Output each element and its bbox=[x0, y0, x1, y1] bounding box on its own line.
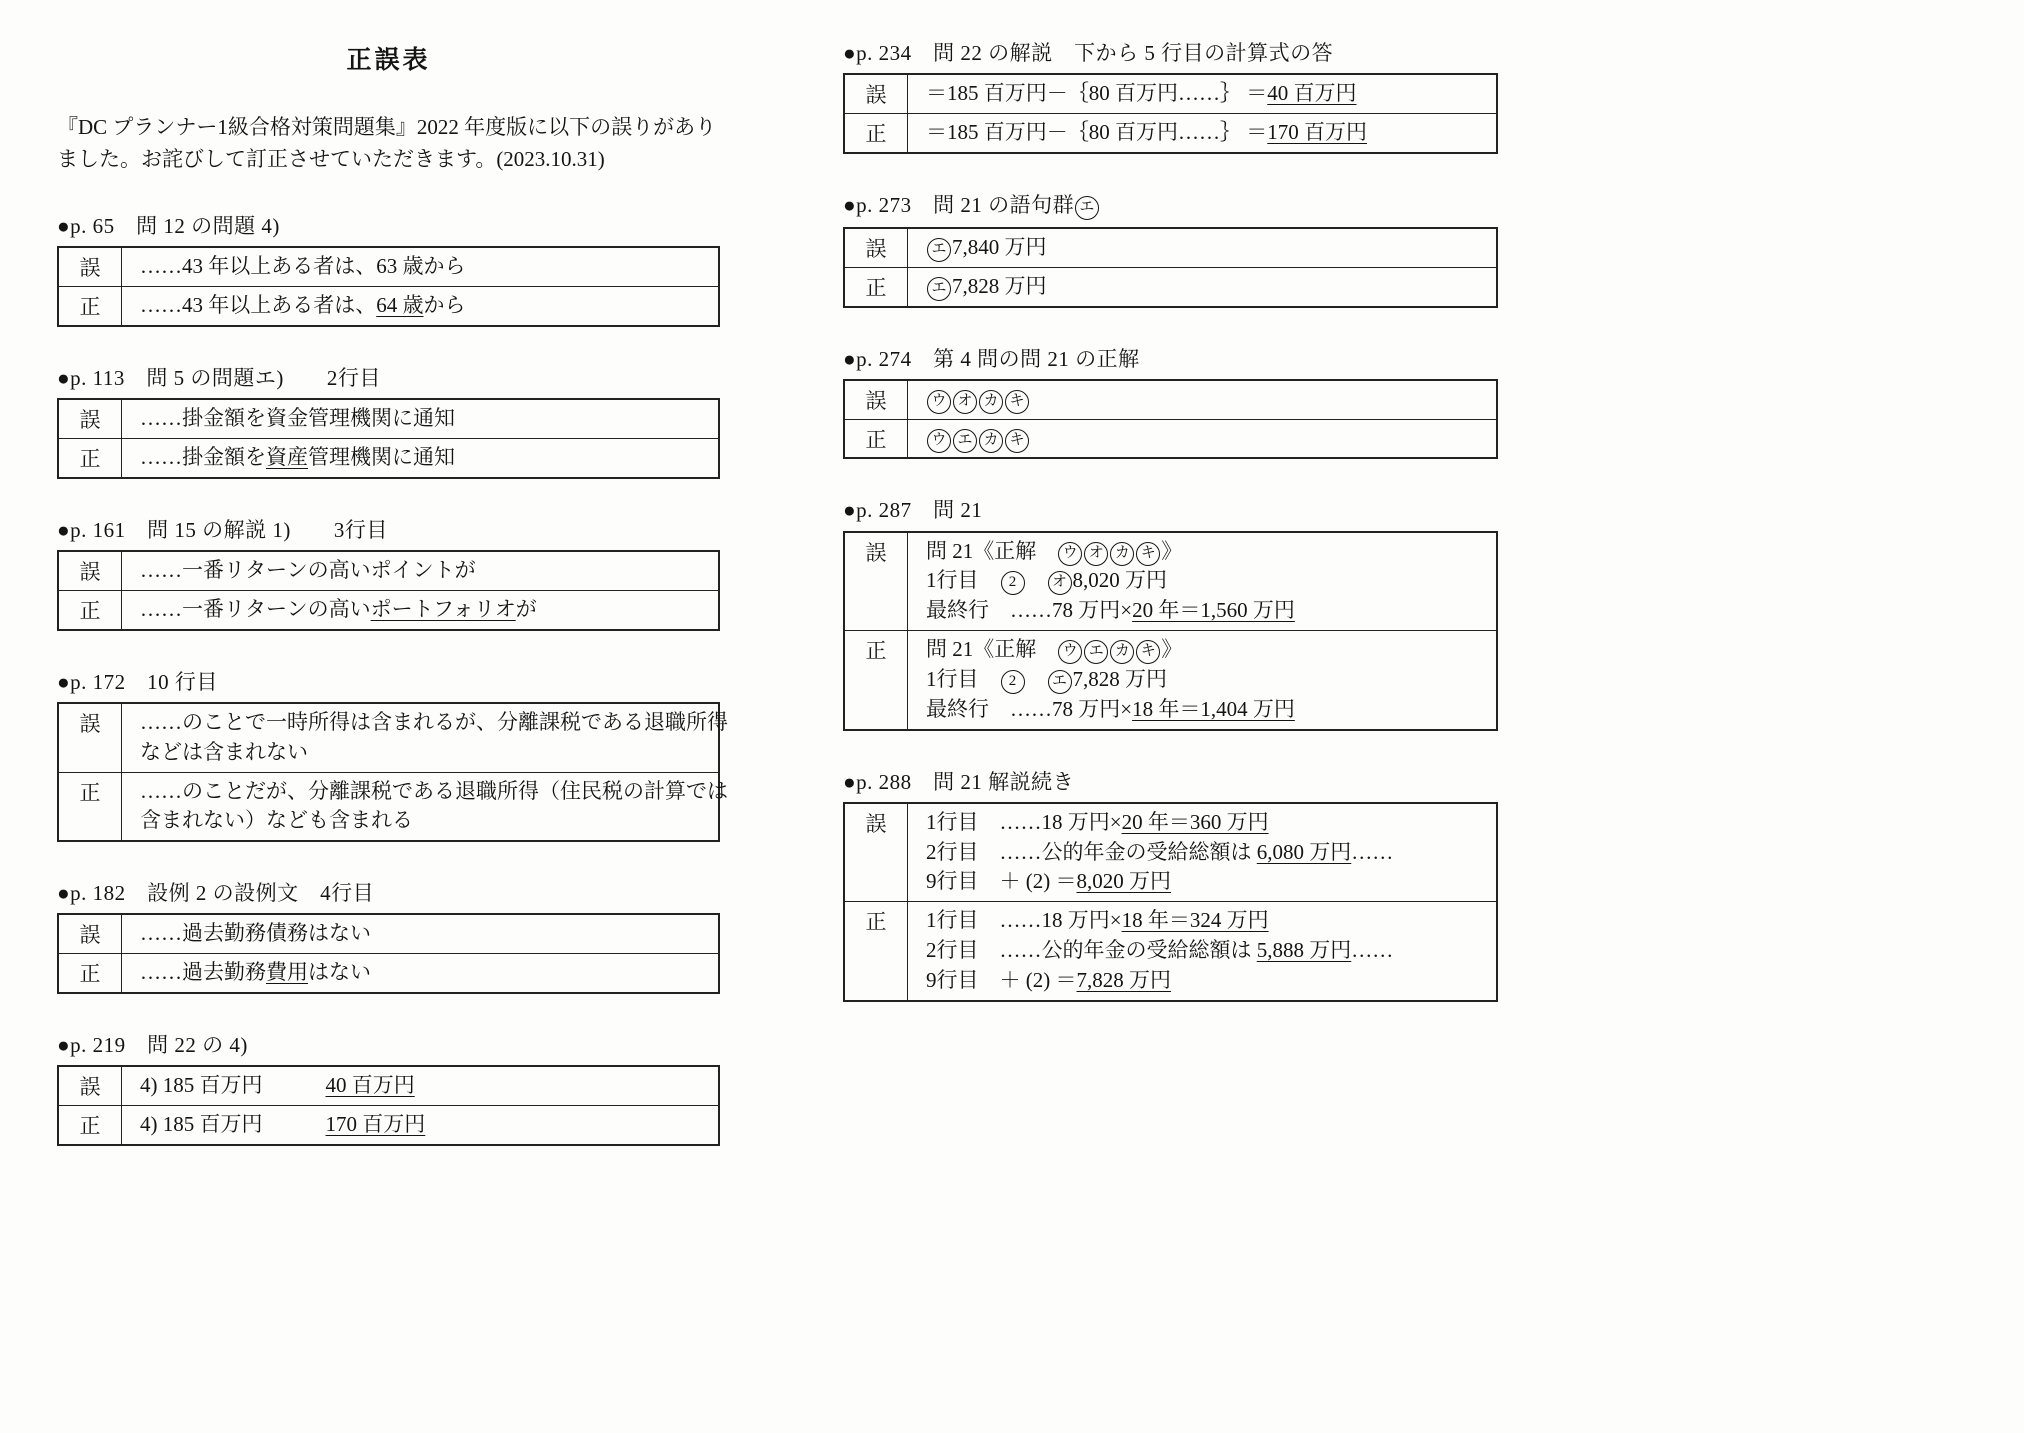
text-segment: 9行目 ＋ (2) ＝ bbox=[926, 869, 1077, 893]
underlined-text: 40 百万円 bbox=[326, 1073, 415, 1097]
underlined-text: オ bbox=[952, 387, 978, 411]
section-heading: ●p. 161 問 15 の解説 1) 3行目 bbox=[57, 517, 720, 543]
row-label: 誤 bbox=[58, 703, 122, 772]
content-line: ……過去勤務債務はない bbox=[140, 919, 704, 949]
underlined-text: エ bbox=[1083, 637, 1109, 661]
text-segment: 最終行 ……78 万円× bbox=[926, 697, 1132, 721]
row-content: エ7,828 万円 bbox=[908, 267, 1498, 306]
row-content: エ7,840 万円 bbox=[908, 228, 1498, 267]
row-label: 正 bbox=[58, 772, 122, 841]
errata-section: ●p. 288 問 21 解説続き 誤1行目 ……18 万円×20 年＝360 … bbox=[843, 769, 1498, 1002]
errata-table: 誤＝185 百万円－｛80 百万円……｝ ＝40 百万円正＝185 百万円－｛8… bbox=[843, 73, 1498, 154]
content-line: 1行目 ……18 万円×20 年＝360 万円 bbox=[926, 808, 1482, 838]
text-segment: 費用 bbox=[266, 960, 308, 984]
circled-char: キ bbox=[1005, 429, 1029, 453]
errata-section: ●p. 234 問 22 の解説 下から 5 行目の計算式の答 誤＝185 百万… bbox=[843, 40, 1498, 154]
content-line: 4) 185 百万円 170 百万円 bbox=[140, 1110, 704, 1140]
text-segment: ……掛金額を bbox=[140, 445, 266, 469]
text-segment: などは含まれない bbox=[140, 740, 308, 764]
row-content: ……43 年以上ある者は、63 歳から bbox=[122, 247, 720, 286]
row-label: 誤 bbox=[844, 228, 908, 267]
content-line: 最終行 ……78 万円×18 年＝1,404 万円 bbox=[926, 695, 1482, 725]
underlined-text: 資産 bbox=[266, 445, 308, 469]
text-segment: 管理機関に通知 bbox=[308, 445, 455, 469]
table-row: 誤……過去勤務債務はない bbox=[58, 914, 719, 953]
underlined-text: 64 歳 bbox=[376, 293, 423, 317]
circled-char: エ bbox=[1048, 670, 1072, 694]
content-line: ……43 年以上ある者は、63 歳から bbox=[140, 252, 704, 282]
underlined-text: 170 百万円 bbox=[326, 1112, 426, 1136]
table-row: 誤……43 年以上ある者は、63 歳から bbox=[58, 247, 719, 286]
content-line: 問 21《正解 ウエカキ》 bbox=[926, 635, 1482, 665]
text-segment: 最終行 ……78 万円× bbox=[926, 598, 1132, 622]
errata-table: 誤……一番リターンの高いポイントが正……一番リターンの高いポートフォリオが bbox=[57, 550, 720, 631]
row-label: 正 bbox=[844, 902, 908, 1001]
circled-char: ウ bbox=[927, 429, 951, 453]
text-segment: ……のことで一時所得は含まれるが、分離課税である退職所得 bbox=[140, 710, 728, 734]
table-row: 正問 21《正解 ウエカキ》1行目 2 エ7,828 万円最終行 ……78 万円… bbox=[844, 631, 1497, 730]
section-heading: ●p. 172 10 行目 bbox=[57, 669, 720, 695]
intro-line-2: ました。お詫びして訂正させていただきます。(2023.10.31) bbox=[57, 147, 605, 171]
text-segment: 問 21《正解 bbox=[926, 637, 1057, 661]
text-segment: 64 歳 bbox=[376, 293, 423, 317]
text-segment: が bbox=[516, 597, 537, 621]
text-segment: 4) 185 百万円 bbox=[140, 1112, 326, 1136]
text-segment: 8,020 万円 bbox=[1077, 869, 1172, 893]
text-segment: ……過去勤務 bbox=[140, 960, 266, 984]
errata-table: 誤問 21《正解 ウオカキ》1行目 2 オ8,020 万円最終行 ……78 万円… bbox=[843, 531, 1498, 731]
underlined-text: ポートフォリオ bbox=[371, 597, 516, 621]
circled-char: エ bbox=[927, 238, 951, 262]
left-column: 正誤表 『DC プランナー1級合格対策問題集』2022 年度版に以下の誤りがあり… bbox=[57, 40, 720, 1146]
text-segment: から bbox=[424, 293, 466, 317]
text-segment: 18 年＝1,404 万円 bbox=[1132, 697, 1295, 721]
row-content: 1行目 ……18 万円×20 年＝360 万円2行目 ……公的年金の受給総額は … bbox=[908, 803, 1498, 902]
text-segment: 7,840 万円 bbox=[952, 235, 1047, 259]
circled-char: キ bbox=[1136, 640, 1160, 664]
text-segment: ●p. 287 問 21 bbox=[843, 498, 982, 522]
table-row: 正＝185 百万円－｛80 百万円……｝ ＝170 百万円 bbox=[844, 114, 1497, 153]
content-line: エ7,840 万円 bbox=[926, 233, 1482, 263]
left-sections: ●p. 65 問 12 の問題 4) 誤……43 年以上ある者は、63 歳から正… bbox=[57, 213, 720, 1146]
underlined-text: 費用 bbox=[266, 960, 308, 984]
text-segment: 20 年＝1,560 万円 bbox=[1132, 598, 1295, 622]
errata-table: 誤……過去勤務債務はない正……過去勤務費用はない bbox=[57, 913, 720, 994]
text-segment: 》 bbox=[1161, 539, 1182, 563]
text-segment: ＝185 百万円－｛80 百万円……｝ ＝ bbox=[926, 120, 1267, 144]
errata-table: 誤……掛金額を資金管理機関に通知正……掛金額を資産管理機関に通知 bbox=[57, 398, 720, 479]
row-label: 正 bbox=[844, 267, 908, 306]
text-segment: 18 年＝324 万円 bbox=[1122, 908, 1269, 932]
row-label: 正 bbox=[844, 114, 908, 153]
text-segment: 9行目 ＋ (2) ＝ bbox=[926, 968, 1077, 992]
content-line: 2行目 ……公的年金の受給総額は 5,888 万円…… bbox=[926, 936, 1482, 966]
text-segment: 7,828 万円 bbox=[1077, 968, 1172, 992]
text-segment bbox=[1026, 667, 1047, 691]
circled-char: 2 bbox=[1001, 571, 1025, 595]
text-segment: 》 bbox=[1161, 637, 1182, 661]
errata-table: 誤……のことで一時所得は含まれるが、分離課税である退職所得などは含まれない正……… bbox=[57, 702, 720, 842]
errata-section: ●p. 273 問 21 の語句群エ 誤エ7,840 万円正エ7,828 万円 bbox=[843, 192, 1498, 308]
circled-char: カ bbox=[1110, 640, 1134, 664]
circled-char: ウ bbox=[1058, 640, 1082, 664]
content-line: 最終行 ……78 万円×20 年＝1,560 万円 bbox=[926, 596, 1482, 626]
errata-section: ●p. 287 問 21 誤問 21《正解 ウオカキ》1行目 2 オ8,020 … bbox=[843, 497, 1498, 730]
content-line: 4) 185 百万円 40 百万円 bbox=[140, 1071, 704, 1101]
row-content: ウエカキ bbox=[908, 419, 1498, 458]
section-heading: ●p. 65 問 12 の問題 4) bbox=[57, 213, 720, 239]
text-segment: ●p. 273 問 21 の語句群 bbox=[843, 193, 1074, 217]
content-line: ウエカキ bbox=[926, 424, 1482, 454]
text-segment: 40 百万円 bbox=[1267, 81, 1356, 105]
errata-section: ●p. 219 問 22 の 4) 誤4) 185 百万円 40 百万円正4) … bbox=[57, 1032, 720, 1146]
text-segment: ……過去勤務債務はない bbox=[140, 921, 371, 945]
underlined-text: 20 年＝1,560 万円 bbox=[1132, 598, 1295, 622]
text-segment bbox=[1026, 568, 1047, 592]
underlined-text: オ bbox=[1083, 539, 1109, 563]
content-line: ウオカキ bbox=[926, 385, 1482, 415]
section-heading: ●p. 234 問 22 の解説 下から 5 行目の計算式の答 bbox=[843, 40, 1498, 66]
text-segment: 8,020 万円 bbox=[1073, 568, 1168, 592]
row-content: 1行目 ……18 万円×18 年＝324 万円2行目 ……公的年金の受給総額は … bbox=[908, 902, 1498, 1001]
text-segment: 6,080 万円 bbox=[1257, 840, 1352, 864]
circled-char: キ bbox=[1005, 390, 1029, 414]
section-heading: ●p. 288 問 21 解説続き bbox=[843, 769, 1498, 795]
row-label: 誤 bbox=[844, 532, 908, 631]
text-segment: 1行目 ……18 万円× bbox=[926, 810, 1122, 834]
text-segment: 1行目 bbox=[926, 568, 1000, 592]
table-row: 正……43 年以上ある者は、64 歳から bbox=[58, 287, 719, 326]
row-content: ……掛金額を資金管理機関に通知 bbox=[122, 399, 720, 438]
text-segment: ●p. 234 問 22 の解説 下から 5 行目の計算式の答 bbox=[843, 41, 1333, 65]
circled-char: 2 bbox=[1001, 670, 1025, 694]
text-segment: 5,888 万円 bbox=[1257, 938, 1352, 962]
table-row: 正……掛金額を資産管理機関に通知 bbox=[58, 438, 719, 477]
table-row: 正エ7,828 万円 bbox=[844, 267, 1497, 306]
row-content: 4) 185 百万円 40 百万円 bbox=[122, 1066, 720, 1105]
text-segment: ……掛金額を資金管理機関に通知 bbox=[140, 406, 455, 430]
table-row: 誤4) 185 百万円 40 百万円 bbox=[58, 1066, 719, 1105]
content-line: 1行目 2 オ8,020 万円 bbox=[926, 566, 1482, 596]
table-row: 誤……のことで一時所得は含まれるが、分離課税である退職所得などは含まれない bbox=[58, 703, 719, 772]
underlined-text: 18 年＝1,404 万円 bbox=[1132, 697, 1295, 721]
table-row: 正1行目 ……18 万円×18 年＝324 万円2行目 ……公的年金の受給総額は… bbox=[844, 902, 1497, 1001]
text-segment: …… bbox=[1351, 938, 1393, 962]
row-content: ……過去勤務費用はない bbox=[122, 954, 720, 993]
section-heading: ●p. 274 第 4 問の問 21 の正解 bbox=[843, 346, 1498, 372]
table-row: 誤1行目 ……18 万円×20 年＝360 万円2行目 ……公的年金の受給総額は… bbox=[844, 803, 1497, 902]
text-segment: 7,828 万円 bbox=[1073, 667, 1168, 691]
content-line: などは含まれない bbox=[140, 738, 704, 768]
table-row: 正4) 185 百万円 170 百万円 bbox=[58, 1106, 719, 1145]
text-segment: ●p. 182 設例 2 の設例文 4行目 bbox=[57, 881, 374, 905]
underlined-text: 40 百万円 bbox=[1267, 81, 1356, 105]
text-segment: ●p. 161 問 15 の解説 1) 3行目 bbox=[57, 518, 388, 542]
text-segment: はない bbox=[308, 960, 371, 984]
circled-char: カ bbox=[979, 390, 1003, 414]
row-content: ウオカキ bbox=[908, 380, 1498, 419]
underlined-text: 5,888 万円 bbox=[1257, 938, 1352, 962]
underlined-text: 8,020 万円 bbox=[1077, 869, 1172, 893]
content-line: ……のことだが、分離課税である退職所得（住民税の計算では bbox=[140, 777, 704, 807]
text-segment: 資産 bbox=[266, 445, 308, 469]
row-label: 正 bbox=[58, 287, 122, 326]
errata-section: ●p. 113 問 5 の問題エ) 2行目 誤……掛金額を資金管理機関に通知正…… bbox=[57, 365, 720, 479]
content-line: 2行目 ……公的年金の受給総額は 6,080 万円…… bbox=[926, 838, 1482, 868]
row-label: 誤 bbox=[58, 551, 122, 590]
row-content: ……のことだが、分離課税である退職所得（住民税の計算では含まれない）なども含まれ… bbox=[122, 772, 720, 841]
row-content: ……掛金額を資産管理機関に通知 bbox=[122, 438, 720, 477]
text-segment: ……43 年以上ある者は、63 歳から bbox=[140, 254, 466, 278]
underlined-text: 7,828 万円 bbox=[1077, 968, 1172, 992]
row-label: 正 bbox=[58, 1106, 122, 1145]
row-label: 誤 bbox=[844, 380, 908, 419]
table-row: 誤問 21《正解 ウオカキ》1行目 2 オ8,020 万円最終行 ……78 万円… bbox=[844, 532, 1497, 631]
underlined-text: 6,080 万円 bbox=[1257, 840, 1352, 864]
section-heading: ●p. 287 問 21 bbox=[843, 497, 1498, 523]
circled-char: キ bbox=[1136, 542, 1160, 566]
errata-section: ●p. 161 問 15 の解説 1) 3行目 誤……一番リターンの高いポイント… bbox=[57, 517, 720, 631]
underlined-text: 170 百万円 bbox=[1267, 120, 1367, 144]
errata-table: 誤ウオカキ正ウエカキ bbox=[843, 379, 1498, 460]
section-heading: ●p. 273 問 21 の語句群エ bbox=[843, 192, 1498, 220]
errata-table: 誤1行目 ……18 万円×20 年＝360 万円2行目 ……公的年金の受給総額は… bbox=[843, 802, 1498, 1002]
errata-section: ●p. 274 第 4 問の問 21 の正解 誤ウオカキ正ウエカキ bbox=[843, 346, 1498, 460]
errata-table: 誤……43 年以上ある者は、63 歳から正……43 年以上ある者は、64 歳から bbox=[57, 246, 720, 327]
table-row: 誤エ7,840 万円 bbox=[844, 228, 1497, 267]
row-label: 誤 bbox=[58, 1066, 122, 1105]
text-segment: 170 百万円 bbox=[326, 1112, 426, 1136]
circled-char: カ bbox=[1110, 542, 1134, 566]
errata-table: 誤エ7,840 万円正エ7,828 万円 bbox=[843, 227, 1498, 308]
text-segment: 1行目 bbox=[926, 667, 1000, 691]
row-label: 誤 bbox=[58, 399, 122, 438]
row-content: 問 21《正解 ウオカキ》1行目 2 オ8,020 万円最終行 ……78 万円×… bbox=[908, 532, 1498, 631]
underlined-text: エ bbox=[952, 426, 978, 450]
text-segment: ＝185 百万円－｛80 百万円……｝ ＝ bbox=[926, 81, 1267, 105]
content-line: 1行目 ……18 万円×18 年＝324 万円 bbox=[926, 906, 1482, 936]
text-segment: …… bbox=[1351, 840, 1393, 864]
content-line: ……掛金額を資金管理機関に通知 bbox=[140, 404, 704, 434]
row-label: 誤 bbox=[844, 74, 908, 113]
table-row: 誤＝185 百万円－｛80 百万円……｝ ＝40 百万円 bbox=[844, 74, 1497, 113]
errata-document-page: 正誤表 『DC プランナー1級合格対策問題集』2022 年度版に以下の誤りがあり… bbox=[0, 0, 2024, 1433]
content-line: ……一番リターンの高いポートフォリオが bbox=[140, 595, 704, 625]
underlined-text: 18 年＝324 万円 bbox=[1122, 908, 1269, 932]
table-row: 誤ウオカキ bbox=[844, 380, 1497, 419]
circled-char: ウ bbox=[1058, 542, 1082, 566]
text-segment: ポートフォリオ bbox=[371, 597, 516, 621]
circled-char: カ bbox=[979, 429, 1003, 453]
content-line: ＝185 百万円－｛80 百万円……｝ ＝40 百万円 bbox=[926, 79, 1482, 109]
intro-line-1: 『DC プランナー1級合格対策問題集』2022 年度版に以下の誤りがあり bbox=[57, 115, 716, 139]
text-segment: 170 百万円 bbox=[1267, 120, 1367, 144]
text-segment: ●p. 288 問 21 解説続き bbox=[843, 770, 1074, 794]
row-label: 正 bbox=[58, 590, 122, 629]
row-content: 問 21《正解 ウエカキ》1行目 2 エ7,828 万円最終行 ……78 万円×… bbox=[908, 631, 1498, 730]
circled-char: オ bbox=[1084, 542, 1108, 566]
text-segment: ……のことだが、分離課税である退職所得（住民税の計算では bbox=[140, 779, 728, 803]
row-content: ……一番リターンの高いポートフォリオが bbox=[122, 590, 720, 629]
circled-char: エ bbox=[927, 277, 951, 301]
row-label: 誤 bbox=[58, 247, 122, 286]
table-row: 正ウエカキ bbox=[844, 419, 1497, 458]
row-label: 正 bbox=[58, 438, 122, 477]
row-label: 正 bbox=[844, 631, 908, 730]
text-segment: ……43 年以上ある者は、 bbox=[140, 293, 376, 317]
content-line: エ7,828 万円 bbox=[926, 272, 1482, 302]
row-content: 4) 185 百万円 170 百万円 bbox=[122, 1106, 720, 1145]
content-line: ……のことで一時所得は含まれるが、分離課税である退職所得 bbox=[140, 708, 704, 738]
section-heading: ●p. 113 問 5 の問題エ) 2行目 bbox=[57, 365, 720, 391]
row-content: ＝185 百万円－｛80 百万円……｝ ＝40 百万円 bbox=[908, 74, 1498, 113]
circled-char: ウ bbox=[927, 390, 951, 414]
content-line: 含まれない）なども含まれる bbox=[140, 806, 704, 836]
errata-section: ●p. 182 設例 2 の設例文 4行目 誤……過去勤務債務はない正……過去勤… bbox=[57, 880, 720, 994]
circled-char: オ bbox=[1048, 571, 1072, 595]
text-segment: ●p. 113 問 5 の問題エ) 2行目 bbox=[57, 366, 381, 390]
text-segment: ●p. 274 第 4 問の問 21 の正解 bbox=[843, 347, 1140, 371]
text-segment: 20 年＝360 万円 bbox=[1122, 810, 1269, 834]
text-segment: 含まれない）なども含まれる bbox=[140, 808, 413, 832]
errata-table: 誤4) 185 百万円 40 百万円正4) 185 百万円 170 百万円 bbox=[57, 1065, 720, 1146]
text-segment: 7,828 万円 bbox=[952, 274, 1047, 298]
row-label: 正 bbox=[844, 419, 908, 458]
text-segment: 2行目 ……公的年金の受給総額は bbox=[926, 938, 1257, 962]
text-segment: ●p. 65 問 12 の問題 4) bbox=[57, 214, 280, 238]
content-line: 1行目 2 エ7,828 万円 bbox=[926, 665, 1482, 695]
circled-char: エ bbox=[1075, 196, 1099, 220]
row-content: ＝185 百万円－｛80 百万円……｝ ＝170 百万円 bbox=[908, 114, 1498, 153]
text-segment: 問 21《正解 bbox=[926, 539, 1057, 563]
row-label: 誤 bbox=[844, 803, 908, 902]
text-segment: ●p. 172 10 行目 bbox=[57, 670, 218, 694]
right-sections: ●p. 234 問 22 の解説 下から 5 行目の計算式の答 誤＝185 百万… bbox=[843, 40, 1498, 1002]
content-line: ＝185 百万円－｛80 百万円……｝ ＝170 百万円 bbox=[926, 118, 1482, 148]
section-heading: ●p. 182 設例 2 の設例文 4行目 bbox=[57, 880, 720, 906]
content-line: ……一番リターンの高いポイントが bbox=[140, 556, 704, 586]
circled-char: オ bbox=[953, 390, 977, 414]
row-content: ……過去勤務債務はない bbox=[122, 914, 720, 953]
text-segment: 40 百万円 bbox=[326, 1073, 415, 1097]
section-heading: ●p. 219 問 22 の 4) bbox=[57, 1032, 720, 1058]
row-label: 正 bbox=[58, 954, 122, 993]
content-line: ……43 年以上ある者は、64 歳から bbox=[140, 291, 704, 321]
text-segment: ……一番リターンの高いポイントが bbox=[140, 558, 476, 582]
text-segment: 2行目 ……公的年金の受給総額は bbox=[926, 840, 1257, 864]
content-line: 9行目 ＋ (2) ＝8,020 万円 bbox=[926, 867, 1482, 897]
row-content: ……43 年以上ある者は、64 歳から bbox=[122, 287, 720, 326]
errata-section: ●p. 172 10 行目 誤……のことで一時所得は含まれるが、分離課税である退… bbox=[57, 669, 720, 843]
text-segment: 4) 185 百万円 bbox=[140, 1073, 326, 1097]
content-line: 問 21《正解 ウオカキ》 bbox=[926, 537, 1482, 567]
page-title: 正誤表 bbox=[57, 40, 720, 76]
table-row: 誤……掛金額を資金管理機関に通知 bbox=[58, 399, 719, 438]
table-row: 正……過去勤務費用はない bbox=[58, 954, 719, 993]
right-column: ●p. 234 問 22 の解説 下から 5 行目の計算式の答 誤＝185 百万… bbox=[843, 40, 1498, 1002]
row-content: ……のことで一時所得は含まれるが、分離課税である退職所得などは含まれない bbox=[122, 703, 720, 772]
errata-section: ●p. 65 問 12 の問題 4) 誤……43 年以上ある者は、63 歳から正… bbox=[57, 213, 720, 327]
circled-char: エ bbox=[1084, 640, 1108, 664]
intro-paragraph: 『DC プランナー1級合格対策問題集』2022 年度版に以下の誤りがありました。… bbox=[57, 112, 720, 175]
table-row: 正……一番リターンの高いポートフォリオが bbox=[58, 590, 719, 629]
table-row: 誤……一番リターンの高いポイントが bbox=[58, 551, 719, 590]
text-segment: ……一番リターンの高い bbox=[140, 597, 371, 621]
text-segment: 1行目 ……18 万円× bbox=[926, 908, 1122, 932]
content-line: ……過去勤務費用はない bbox=[140, 958, 704, 988]
content-line: 9行目 ＋ (2) ＝7,828 万円 bbox=[926, 966, 1482, 996]
underlined-text: 20 年＝360 万円 bbox=[1122, 810, 1269, 834]
circled-char: エ bbox=[953, 429, 977, 453]
row-content: ……一番リターンの高いポイントが bbox=[122, 551, 720, 590]
table-row: 正……のことだが、分離課税である退職所得（住民税の計算では含まれない）なども含ま… bbox=[58, 772, 719, 841]
content-line: ……掛金額を資産管理機関に通知 bbox=[140, 443, 704, 473]
row-label: 誤 bbox=[58, 914, 122, 953]
text-segment: ●p. 219 問 22 の 4) bbox=[57, 1033, 248, 1057]
